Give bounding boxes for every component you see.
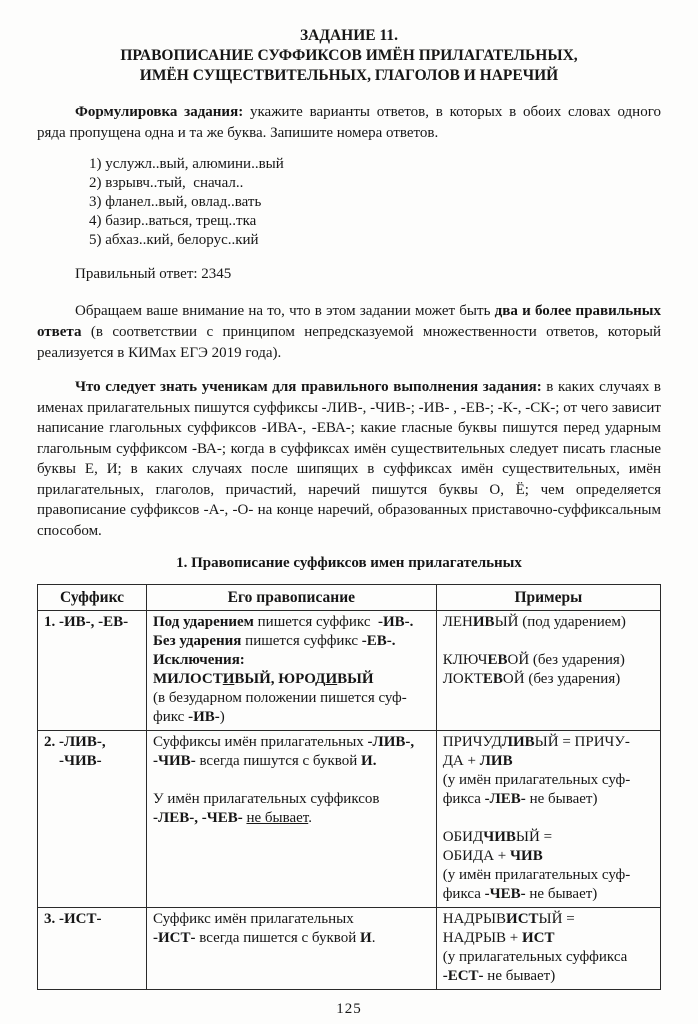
text-segment: 2. -ЛИВ-,	[44, 734, 106, 750]
list-item: 2) взрывч..тый, сначал..	[89, 174, 661, 193]
text-segment: -ЧИВ-	[44, 753, 102, 769]
text-segment: фикса	[443, 791, 485, 807]
text-segment: фикса	[443, 886, 485, 902]
text-segment: ОЙ (без ударения)	[503, 671, 620, 687]
text-segment: ЧИВ	[510, 848, 543, 864]
task-formulation: Формулировка задания: укажите варианты о…	[37, 102, 661, 144]
text-segment: 1. -ИВ-, -ЕВ-	[44, 614, 128, 630]
text-line: (в безударном положении пишется суф-	[153, 689, 430, 708]
document-page: ЗАДАНИЕ 11. ПРАВОПИСАНИЕ СУФФИКСОВ ИМЁН …	[0, 0, 698, 1024]
text-line: фикс -ИВ-)	[153, 708, 430, 727]
text-segment: не бывает	[246, 810, 308, 826]
text-line: У имён прилагательных суффиксов	[153, 790, 430, 809]
cell-examples-3: НАДРЫВИСТЫЙ =НАДРЫВ + ИСТ(у прилагательн…	[436, 908, 660, 990]
text-segment: ДА +	[443, 753, 480, 769]
list-item: 3) фланел..вый, овлад..вать	[89, 193, 661, 212]
text-line: фикса -ЧЕВ- не бывает)	[443, 885, 654, 904]
text-segment: -ЧИВ-	[153, 753, 196, 769]
table-row: 3. -ИСТ- Суффикс имён прилагательных-ИСТ…	[38, 908, 661, 990]
text-segment: 3. -ИСТ-	[44, 911, 102, 927]
text-segment: Суффикс имён прилагательных	[153, 911, 354, 927]
text-segment: всегда пишутся с буквой	[196, 753, 361, 769]
table-header-rule: Его правописание	[147, 585, 437, 611]
table-header-examples: Примеры	[436, 585, 660, 611]
cell-rule-1: Под ударением пишется суффикс -ИВ-.Без у…	[147, 611, 437, 731]
text-segment: пишется суффикс	[254, 614, 378, 630]
text-line: МИЛОСТИВЫЙ, ЮРОДИВЫЙ	[153, 670, 430, 689]
text-segment: Исключения:	[153, 652, 245, 668]
text-line: фикса -ЛЕВ- не бывает)	[443, 790, 654, 809]
text-line: -ЕСТ- не бывает)	[443, 967, 654, 986]
text-segment: НАДРЫВ	[443, 911, 506, 927]
text-line: КЛЮЧЕВОЙ (без ударения)	[443, 651, 654, 670]
table-header-row: Суффикс Его правописание Примеры	[38, 585, 661, 611]
text-segment: И	[326, 671, 338, 687]
text-segment: ЛИВ	[480, 753, 513, 769]
text-segment: ЫЙ =	[516, 829, 552, 845]
text-segment: ОЙ (без ударения)	[508, 652, 625, 668]
cell-suffix-1: 1. -ИВ-, -ЕВ-	[38, 611, 147, 731]
text-segment: в каких случаях в именах прилагательных …	[37, 379, 661, 539]
text-line: Исключения:	[153, 651, 430, 670]
text-line: 3. -ИСТ-	[44, 910, 140, 929]
text-segment: И	[360, 930, 372, 946]
text-segment: ЫЙ =	[539, 911, 575, 927]
text-segment: И.	[361, 753, 376, 769]
cell-suffix-3: 3. -ИСТ-	[38, 908, 147, 990]
doc-title-line-2: ПРАВОПИСАНИЕ СУФФИКСОВ ИМЁН ПРИЛАГАТЕЛЬН…	[37, 46, 661, 66]
text-line: (у имён прилагательных суф-	[443, 771, 654, 790]
text-line: ПРИЧУДЛИВЫЙ = ПРИЧУ-	[443, 733, 654, 752]
cell-rule-3: Суффикс имён прилагательных-ИСТ- всегда …	[147, 908, 437, 990]
text-segment: -ЕСТ-	[443, 968, 484, 984]
text-segment: ЕВ	[483, 671, 503, 687]
doc-title-line-3: ИМЁН СУЩЕСТВИТЕЛЬНЫХ, ГЛАГОЛОВ И НАРЕЧИЙ	[37, 66, 661, 86]
text-segment: ЛОКТ	[443, 671, 483, 687]
text-segment: ВЫЙ, ЮРОД	[234, 671, 325, 687]
text-segment: И	[223, 671, 235, 687]
page-number: 125	[37, 1001, 661, 1018]
text-segment: Суффиксы имён прилагательных	[153, 734, 368, 750]
text-segment: не бывает)	[484, 968, 556, 984]
text-line: ДА + ЛИВ	[443, 752, 654, 771]
cell-examples-1: ЛЕНИВЫЙ (под ударением) КЛЮЧЕВОЙ (без уд…	[436, 611, 660, 731]
text-line: (у имён прилагательных суф-	[443, 866, 654, 885]
text-segment: МИЛОСТ	[153, 671, 223, 687]
text-segment: фикс	[153, 709, 188, 725]
text-segment: (в безударном положении пишется суф-	[153, 690, 407, 706]
text-segment: ИВ	[473, 614, 495, 630]
text-segment: ОБИДА +	[443, 848, 510, 864]
text-segment: -ИВ-.	[378, 614, 413, 630]
text-segment: пишется суффикс	[241, 633, 361, 649]
text-segment: (у прилагательных суффикса	[443, 949, 628, 965]
cell-suffix-2: 2. -ЛИВ-, -ЧИВ-	[38, 731, 147, 908]
text-segment: Что следует знать ученикам для правильно…	[75, 379, 542, 395]
section-heading: 1. Правописание суффиксов имен прилагате…	[37, 553, 661, 573]
text-segment: не бывает)	[526, 886, 598, 902]
text-line: Суффикс имён прилагательных	[153, 910, 430, 929]
text-line: -ЧИВ- всегда пишутся с буквой И.	[153, 752, 430, 771]
text-segment: ОБИД	[443, 829, 484, 845]
text-line: ОБИДА + ЧИВ	[443, 847, 654, 866]
text-segment: .	[372, 930, 376, 946]
text-segment: КЛЮЧ	[443, 652, 488, 668]
text-segment: Под ударением	[153, 614, 254, 630]
text-segment: -ЕВ-.	[362, 633, 396, 649]
text-line: ЛОКТЕВОЙ (без ударения)	[443, 670, 654, 689]
text-segment: всегда пишется с буквой	[196, 930, 361, 946]
text-segment: -ЛЕВ-, -ЧЕВ-	[153, 810, 243, 826]
text-line: -ЛЕВ-, -ЧЕВ- не бывает.	[153, 809, 430, 828]
text-segment: )	[220, 709, 225, 725]
text-segment: ИСТ	[506, 911, 539, 927]
table-header-suffix: Суффикс	[38, 585, 147, 611]
text-segment: ЕВ	[487, 652, 507, 668]
attention-note: Обращаем ваше внимание на то, что в этом…	[37, 301, 661, 364]
text-line	[443, 809, 654, 828]
text-segment: (у имён прилагательных суф-	[443, 772, 631, 788]
text-segment: ПРИЧУД	[443, 734, 502, 750]
text-line: -ЧИВ-	[44, 752, 140, 771]
text-segment: -ИСТ-	[153, 930, 196, 946]
text-segment: -ЧЕВ-	[485, 886, 526, 902]
text-segment: Обращаем ваше внимание на то, что в этом…	[75, 303, 495, 319]
text-segment: Формулировка задания:	[75, 104, 243, 120]
text-line: Без ударения пишется суффикс -ЕВ-.	[153, 632, 430, 651]
text-segment: ИСТ	[522, 930, 555, 946]
cell-rule-2: Суффиксы имён прилагательных -ЛИВ-,-ЧИВ-…	[147, 731, 437, 908]
list-item: 4) базир..ваться, трещ..тка	[89, 212, 661, 231]
text-segment: (у имён прилагательных суф-	[443, 867, 631, 883]
text-line: НАДРЫВ + ИСТ	[443, 929, 654, 948]
text-segment: -ИВ-	[188, 709, 220, 725]
list-item: 5) абхаз..кий, белорус..кий	[89, 231, 661, 250]
text-line	[443, 632, 654, 651]
text-segment: НАДРЫВ +	[443, 930, 522, 946]
doc-title: ЗАДАНИЕ 11. ПРАВОПИСАНИЕ СУФФИКСОВ ИМЁН …	[37, 26, 661, 86]
text-line: 1. -ИВ-, -ЕВ-	[44, 613, 140, 632]
text-segment: ЫЙ = ПРИЧУ-	[535, 734, 630, 750]
text-line: ОБИДЧИВЫЙ =	[443, 828, 654, 847]
text-segment: ЫЙ (под ударением)	[495, 614, 626, 630]
suffix-rules-table: Суффикс Его правописание Примеры 1. -ИВ-…	[37, 584, 661, 990]
doc-title-line-1: ЗАДАНИЕ 11.	[37, 26, 661, 46]
text-segment: (в соответствии с принципом непредсказуе…	[37, 324, 661, 361]
text-line: Под ударением пишется суффикс -ИВ-.	[153, 613, 430, 632]
text-line: -ИСТ- всегда пишется с буквой И.	[153, 929, 430, 948]
correct-answer: Правильный ответ: 2345	[75, 265, 661, 284]
answer-options-list: 1) услужл..вый, алюмини..вый2) взрывч..т…	[89, 155, 661, 250]
text-line: 2. -ЛИВ-,	[44, 733, 140, 752]
text-segment: ВЫЙ	[337, 671, 373, 687]
text-line: Суффиксы имён прилагательных -ЛИВ-,	[153, 733, 430, 752]
text-segment: ЧИВ	[483, 829, 516, 845]
text-line: НАДРЫВИСТЫЙ =	[443, 910, 654, 929]
knowledge-note: Что следует знать ученикам для правильно…	[37, 377, 661, 541]
table-row: 1. -ИВ-, -ЕВ- Под ударением пишется суфф…	[38, 611, 661, 731]
text-segment: ЛИВ	[502, 734, 535, 750]
text-line: (у прилагательных суффикса	[443, 948, 654, 967]
text-line	[153, 771, 430, 790]
text-segment: -ЛЕВ-	[485, 791, 526, 807]
text-segment: Без ударения	[153, 633, 241, 649]
text-segment: не бывает)	[526, 791, 598, 807]
text-segment: .	[308, 810, 312, 826]
text-segment: -ЛИВ-,	[368, 734, 415, 750]
list-item: 1) услужл..вый, алюмини..вый	[89, 155, 661, 174]
table-row: 2. -ЛИВ-, -ЧИВ- Суффиксы имён прилагател…	[38, 731, 661, 908]
text-segment: У имён прилагательных суффиксов	[153, 791, 379, 807]
text-line: ЛЕНИВЫЙ (под ударением)	[443, 613, 654, 632]
text-segment: ЛЕН	[443, 614, 473, 630]
cell-examples-2: ПРИЧУДЛИВЫЙ = ПРИЧУ-ДА + ЛИВ(у имён прил…	[436, 731, 660, 908]
